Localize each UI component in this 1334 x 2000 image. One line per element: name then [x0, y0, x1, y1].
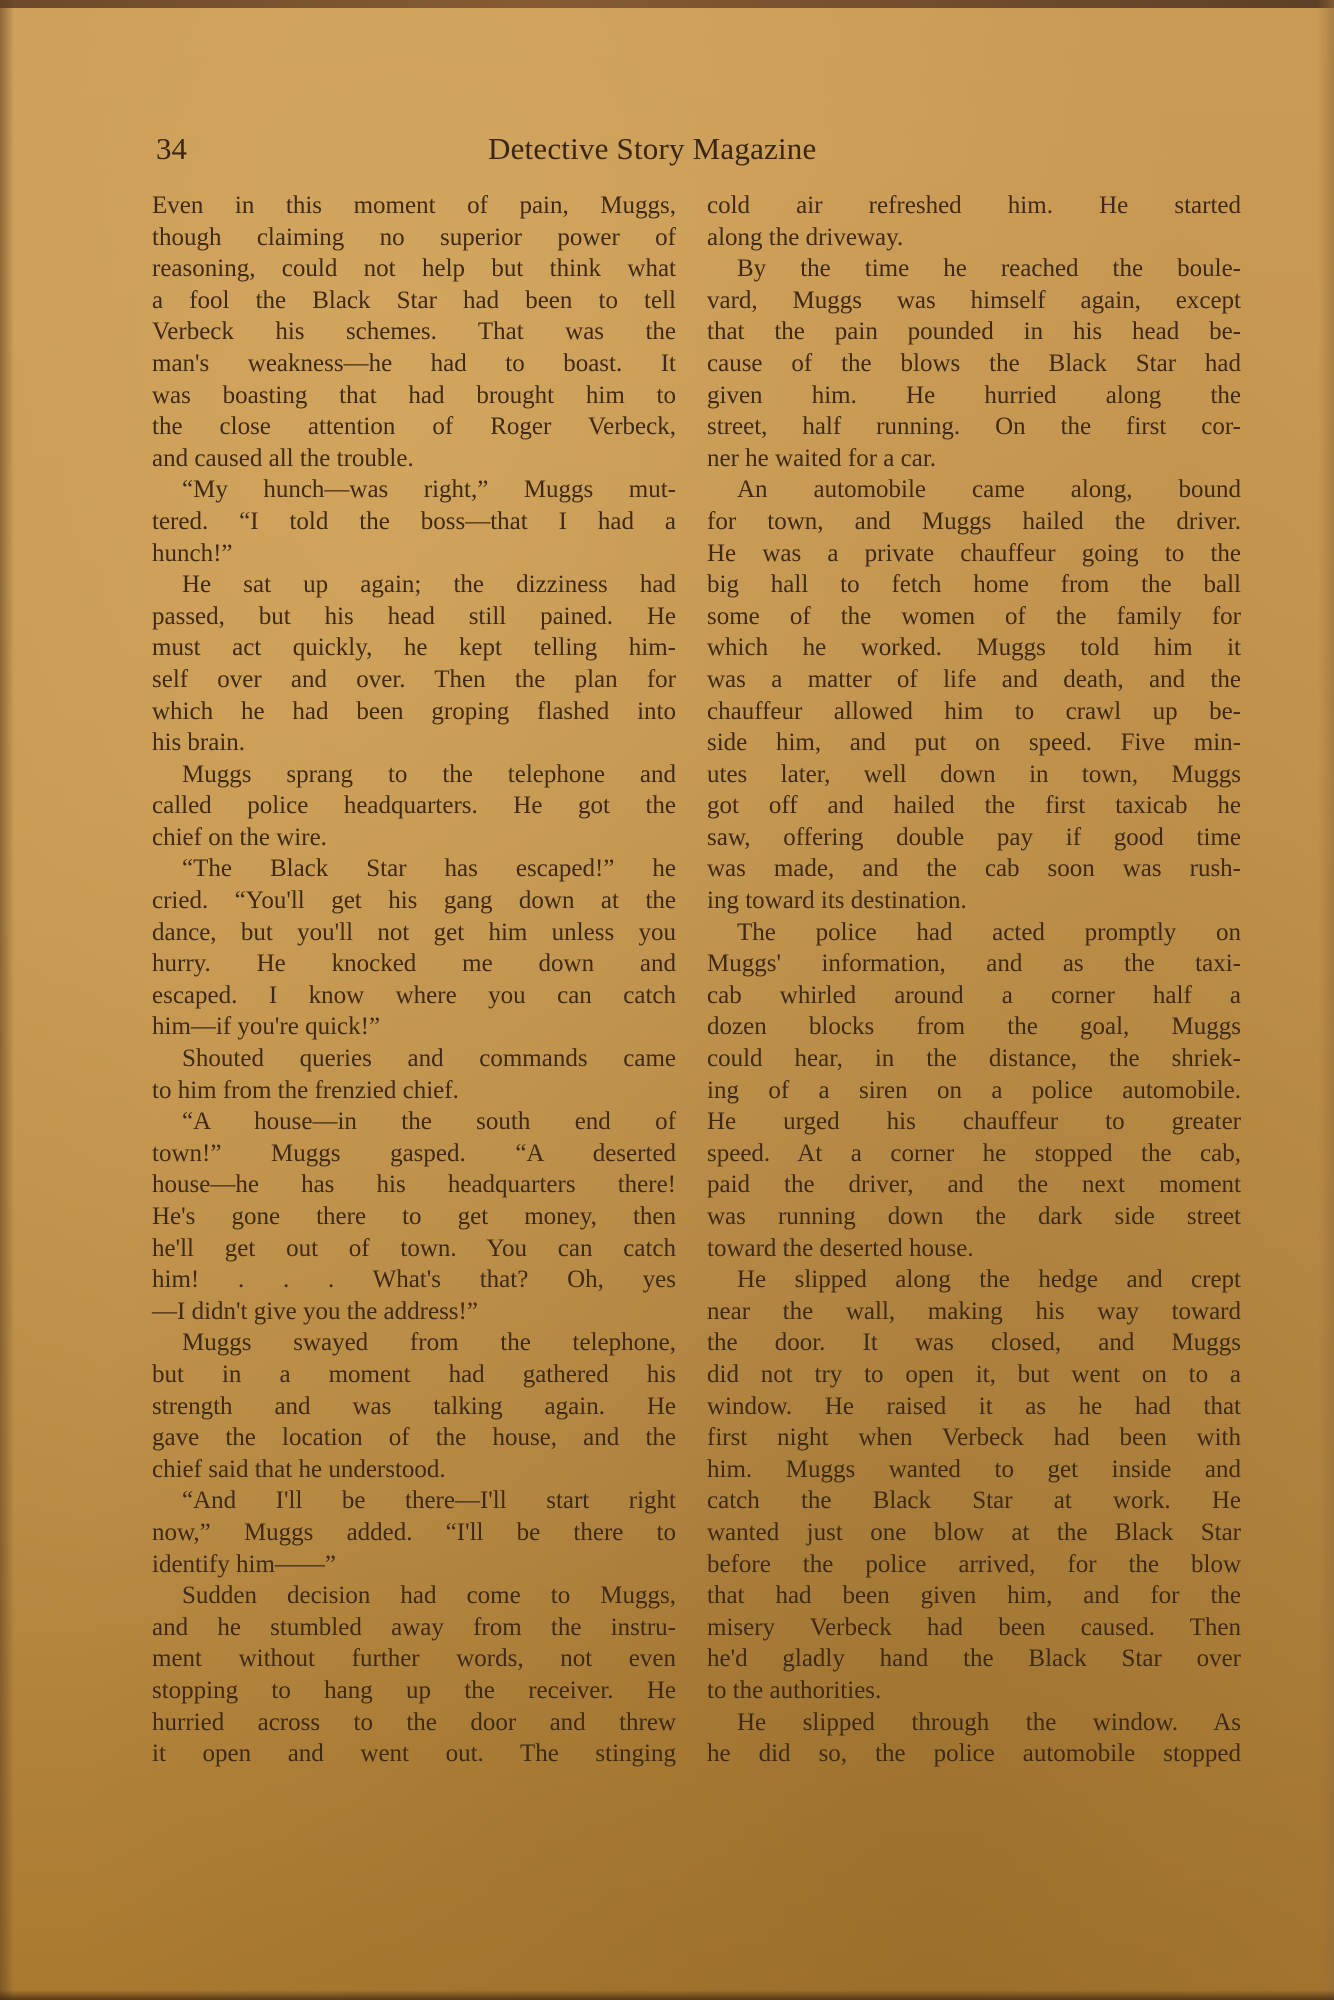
text-line: he did so, the police automobile stopped	[707, 1738, 1241, 1770]
text-line: was running down the dark side street	[707, 1201, 1241, 1233]
text-line: now,” Muggs added. “I'll be there to	[152, 1517, 676, 1549]
text-line: big hall to fetch home from the ball	[707, 569, 1241, 601]
text-line: passed, but his head still pained. He	[152, 601, 676, 633]
text-line: “And I'll be there—I'll start right	[152, 1485, 676, 1517]
text-line: window. He raised it as he had that	[707, 1391, 1241, 1423]
text-line: tered. “I told the boss—that I had a	[152, 506, 676, 538]
text-line: ment without further words, not even	[152, 1643, 676, 1675]
text-line: He sat up again; the dizziness had	[152, 569, 676, 601]
text-line: hurried across to the door and threw	[152, 1707, 676, 1739]
text-line: identify him——”	[152, 1549, 676, 1581]
text-line: saw, offering double pay if good time	[707, 822, 1241, 854]
text-line: hunch!”	[152, 538, 676, 570]
text-line: the door. It was closed, and Muggs	[707, 1327, 1241, 1359]
text-line: chief on the wire.	[152, 822, 676, 854]
text-line: The police had acted promptly on	[707, 917, 1241, 949]
text-line: street, half running. On the first cor-	[707, 411, 1241, 443]
text-line: catch the Black Star at work. He	[707, 1485, 1241, 1517]
text-line: utes later, well down in town, Muggs	[707, 759, 1241, 791]
text-line: Muggs' information, and as the taxi-	[707, 948, 1241, 980]
text-line: a fool the Black Star had been to tell	[152, 285, 676, 317]
text-line: must act quickly, he kept telling him-	[152, 632, 676, 664]
text-line: cab whirled around a corner half a	[707, 980, 1241, 1012]
text-line: and caused all the trouble.	[152, 443, 676, 475]
text-line: —I didn't give you the address!”	[152, 1296, 676, 1328]
text-line: which he had been groping flashed into	[152, 696, 676, 728]
text-line: He slipped along the hedge and crept	[707, 1264, 1241, 1296]
text-line: got off and hailed the first taxicab he	[707, 790, 1241, 822]
text-line: ner he waited for a car.	[707, 443, 1241, 475]
text-line: him. Muggs wanted to get inside and	[707, 1454, 1241, 1486]
text-line: speed. At a corner he stopped the cab,	[707, 1138, 1241, 1170]
text-line: Shouted queries and commands came	[152, 1043, 676, 1075]
text-line: but in a moment had gathered his	[152, 1359, 676, 1391]
text-line: cried. “You'll get his gang down at the	[152, 885, 676, 917]
text-line: vard, Muggs was himself again, except	[707, 285, 1241, 317]
text-line: toward the deserted house.	[707, 1233, 1241, 1265]
page-left-edge	[0, 0, 14, 2000]
page-top-edge	[0, 0, 1334, 8]
text-line: ing of a siren on a police automobile.	[707, 1075, 1241, 1107]
text-line: self over and over. Then the plan for	[152, 664, 676, 696]
text-line: An automobile came along, bound	[707, 474, 1241, 506]
text-line: his brain.	[152, 727, 676, 759]
text-line: was boasting that had brought him to	[152, 380, 676, 412]
text-line: some of the women of the family for	[707, 601, 1241, 633]
text-line: he'll get out of town. You can catch	[152, 1233, 676, 1265]
text-column-left: Even in this moment of pain, Muggs,thoug…	[152, 190, 676, 1770]
text-line: near the wall, making his way toward	[707, 1296, 1241, 1328]
page-header: 34 Detective Story Magazine	[153, 131, 1243, 171]
text-line: it open and went out. The stinging	[152, 1738, 676, 1770]
text-line: the close attention of Roger Verbeck,	[152, 411, 676, 443]
text-line: cause of the blows the Black Star had	[707, 348, 1241, 380]
text-line: “The Black Star has escaped!” he	[152, 853, 676, 885]
text-line: reasoning, could not help but think what	[152, 253, 676, 285]
text-line: hurry. He knocked me down and	[152, 948, 676, 980]
text-line: to the authorities.	[707, 1675, 1241, 1707]
text-line: He was a private chauffeur going to the	[707, 538, 1241, 570]
text-line: that had been given him, and for the	[707, 1580, 1241, 1612]
text-line: him! . . . What's that? Oh, yes	[152, 1264, 676, 1296]
text-line: “A house—in the south end of	[152, 1106, 676, 1138]
text-line: was made, and the cab soon was rush-	[707, 853, 1241, 885]
text-line: dance, but you'll not get him unless you	[152, 917, 676, 949]
text-line: house—he has his headquarters there!	[152, 1169, 676, 1201]
text-line: misery Verbeck had been caused. Then	[707, 1612, 1241, 1644]
text-line: for town, and Muggs hailed the driver.	[707, 506, 1241, 538]
page-number: 34	[156, 131, 187, 167]
text-line: wanted just one blow at the Black Star	[707, 1517, 1241, 1549]
text-line: Sudden decision had come to Muggs,	[152, 1580, 676, 1612]
text-line: chief said that he understood.	[152, 1454, 676, 1486]
text-line: paid the driver, and the next moment	[707, 1169, 1241, 1201]
text-line: strength and was talking again. He	[152, 1391, 676, 1423]
text-line: escaped. I know where you can catch	[152, 980, 676, 1012]
text-line: Verbeck his schemes. That was the	[152, 316, 676, 348]
running-title: Detective Story Magazine	[488, 131, 816, 167]
text-line: Muggs swayed from the telephone,	[152, 1327, 676, 1359]
text-line: gave the location of the house, and the	[152, 1422, 676, 1454]
text-line: that the pain pounded in his head be-	[707, 316, 1241, 348]
text-line: him—if you're quick!”	[152, 1011, 676, 1043]
text-line: first night when Verbeck had been with	[707, 1422, 1241, 1454]
text-line: He's gone there to get money, then	[152, 1201, 676, 1233]
text-line: ing toward its destination.	[707, 885, 1241, 917]
text-line: man's weakness—he had to boast. It	[152, 348, 676, 380]
text-line: to him from the frenzied chief.	[152, 1075, 676, 1107]
text-line: though claiming no superior power of	[152, 222, 676, 254]
text-line: stopping to hang up the receiver. He	[152, 1675, 676, 1707]
text-line: was a matter of life and death, and the	[707, 664, 1241, 696]
page-right-edge	[1318, 0, 1334, 2000]
text-line: cold air refreshed him. He started	[707, 190, 1241, 222]
text-line: before the police arrived, for the blow	[707, 1549, 1241, 1581]
text-column-right: cold air refreshed him. He startedalong …	[707, 190, 1241, 1770]
text-line: He urged his chauffeur to greater	[707, 1106, 1241, 1138]
text-line: could hear, in the distance, the shriek-	[707, 1043, 1241, 1075]
text-line: “My hunch—was right,” Muggs mut-	[152, 474, 676, 506]
text-line: given him. He hurried along the	[707, 380, 1241, 412]
text-line: By the time he reached the boule-	[707, 253, 1241, 285]
text-line: dozen blocks from the goal, Muggs	[707, 1011, 1241, 1043]
text-line: called police headquarters. He got the	[152, 790, 676, 822]
text-line: side him, and put on speed. Five min-	[707, 727, 1241, 759]
text-line: He slipped through the window. As	[707, 1707, 1241, 1739]
text-line: town!” Muggs gasped. “A deserted	[152, 1138, 676, 1170]
page-bottom-edge	[0, 1990, 1334, 2000]
text-line: Muggs sprang to the telephone and	[152, 759, 676, 791]
text-line: he'd gladly hand the Black Star over	[707, 1643, 1241, 1675]
text-line: did not try to open it, but went on to a	[707, 1359, 1241, 1391]
text-line: which he worked. Muggs told him it	[707, 632, 1241, 664]
text-line: Even in this moment of pain, Muggs,	[152, 190, 676, 222]
text-line: chauffeur allowed him to crawl up be-	[707, 696, 1241, 728]
text-line: along the driveway.	[707, 222, 1241, 254]
text-line: and he stumbled away from the instru-	[152, 1612, 676, 1644]
